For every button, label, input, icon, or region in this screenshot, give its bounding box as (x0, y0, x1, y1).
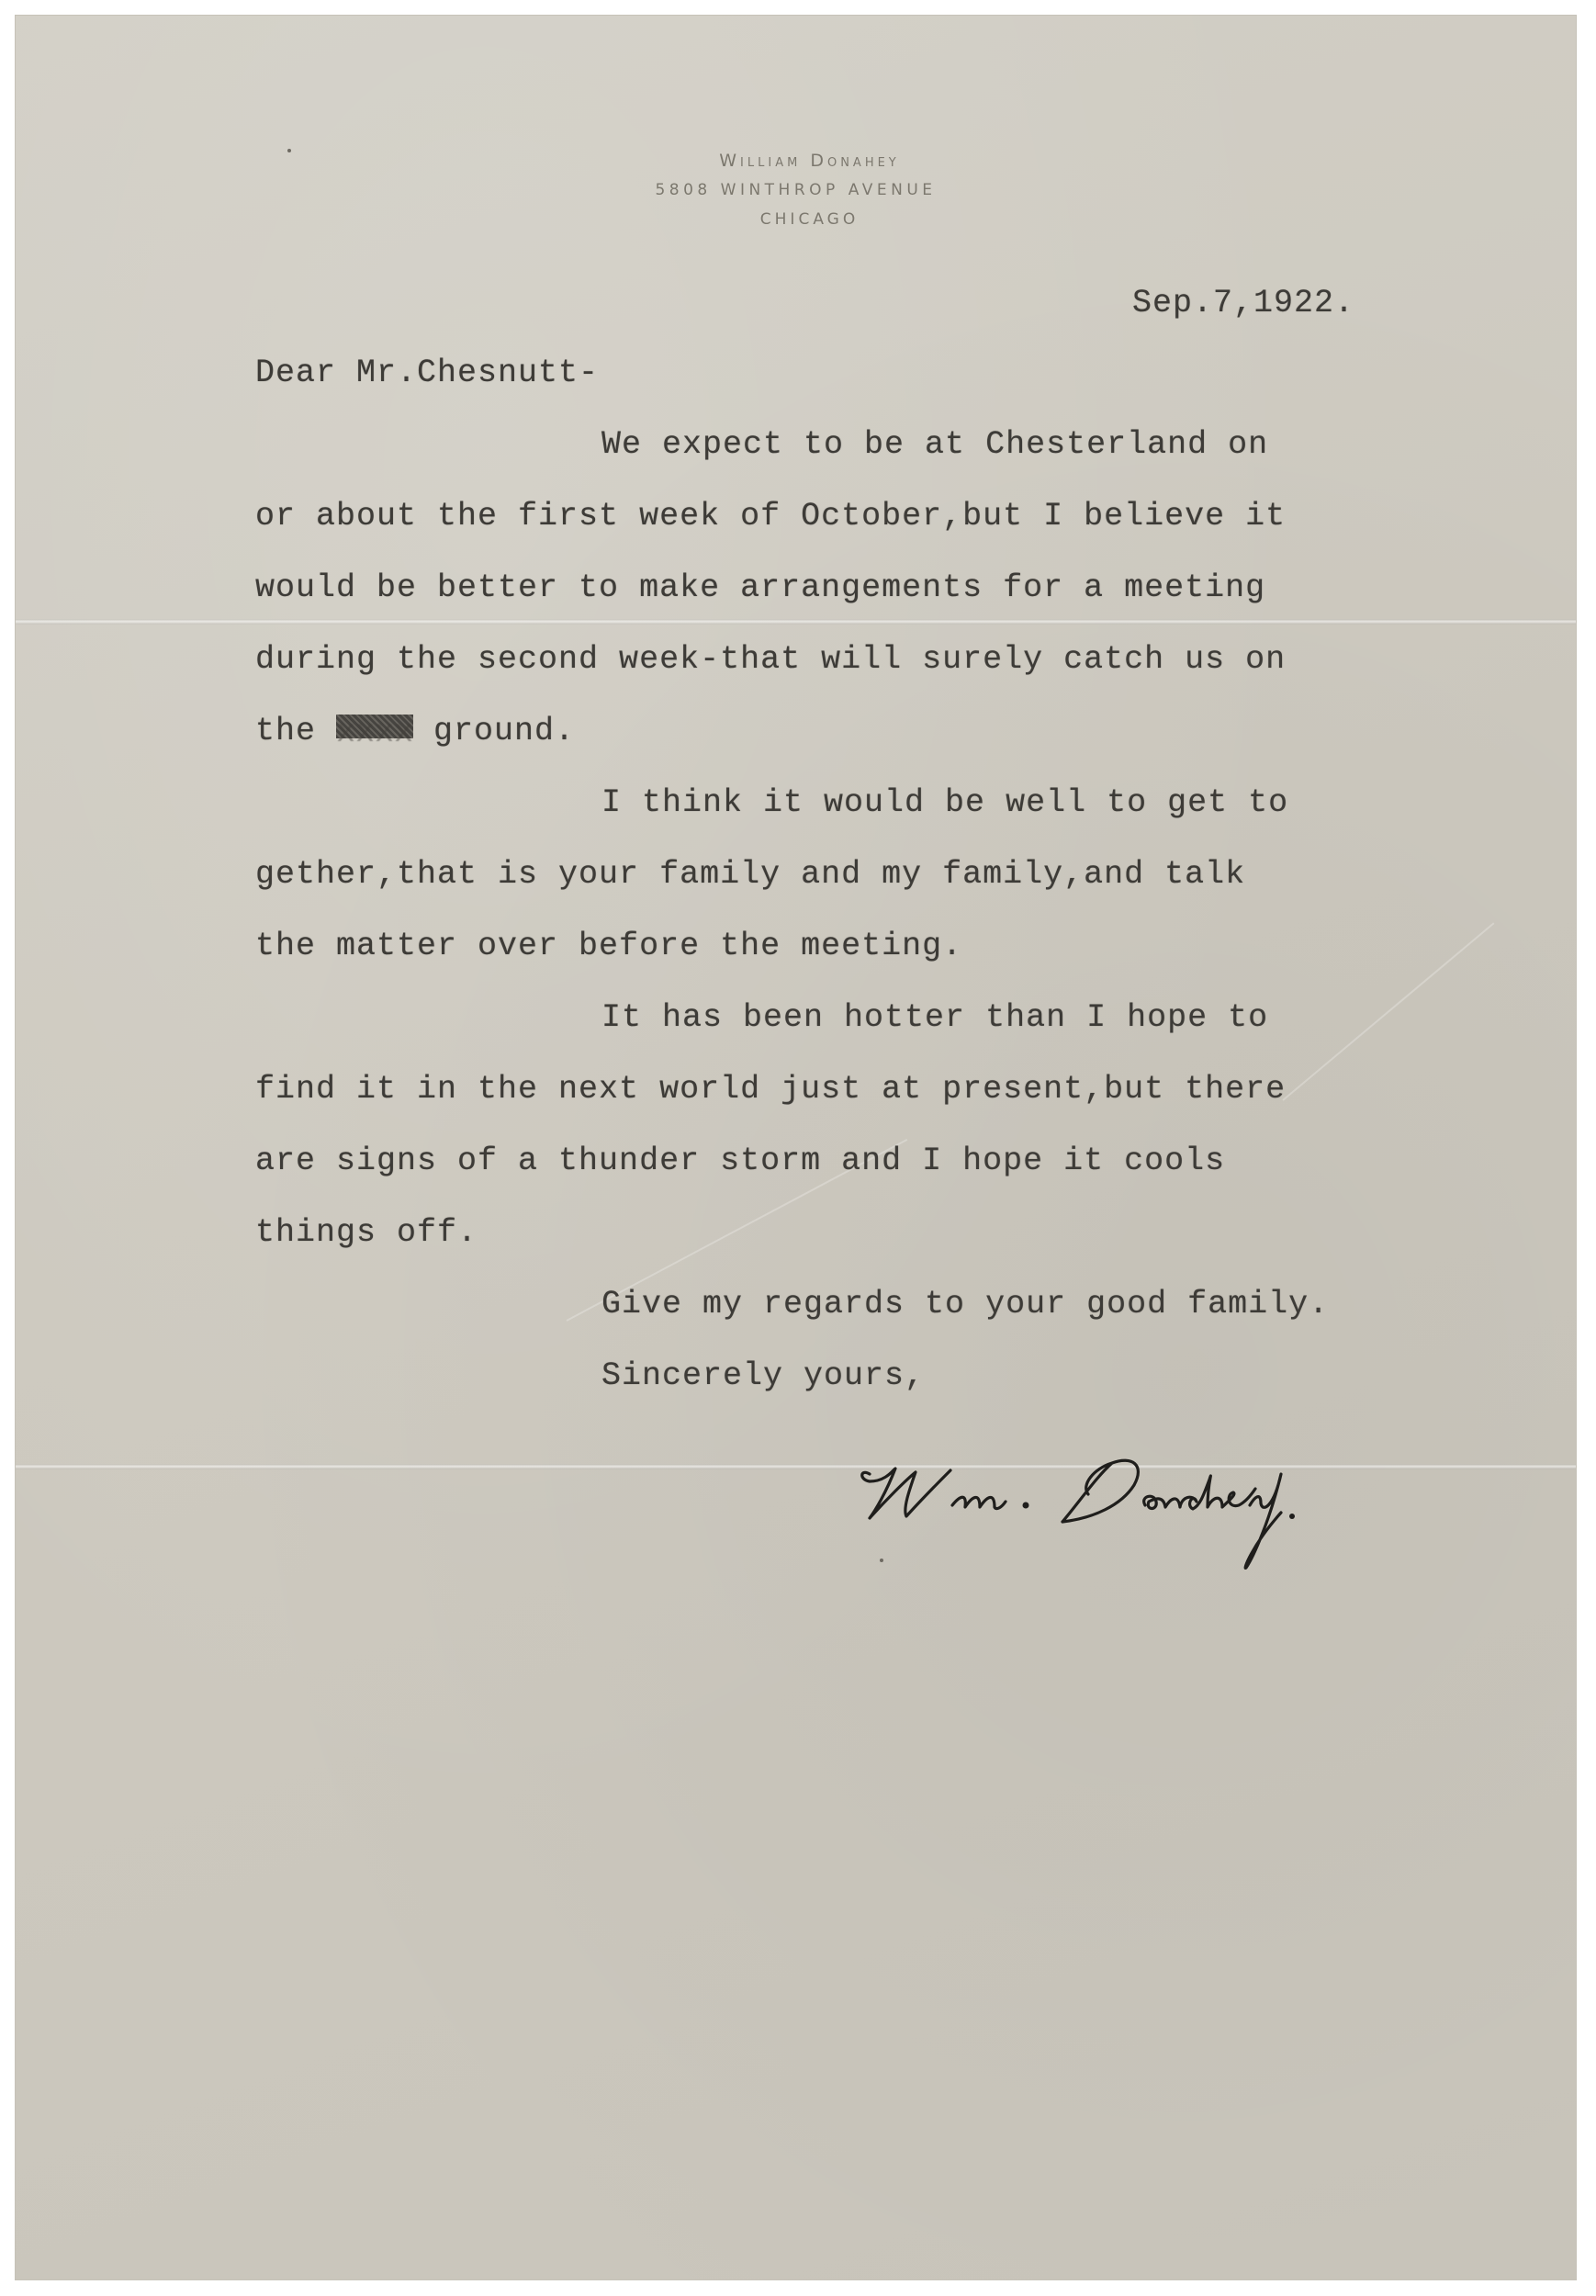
body-line: the matter over before the meeting. (255, 928, 962, 964)
struck-out-word: xxxx (336, 715, 413, 738)
letter-date: Sep.7,1922. (1132, 285, 1354, 321)
body-line: the xxxx ground. (255, 713, 575, 749)
letterhead-address: 5808 WINTHROP AVENUE (16, 175, 1576, 205)
paper-crease (1282, 922, 1494, 1100)
fold-line-upper (16, 619, 1576, 625)
body-line: We expect to be at Chesterland on (601, 426, 1268, 463)
body-line: or about the first week of October,but I… (255, 498, 1286, 535)
body-text: ground. (413, 713, 575, 749)
salutation: Dear Mr.Chesnutt- (255, 355, 599, 391)
letterhead-name: William Donahey (16, 146, 1576, 175)
body-line: find it in the next world just at presen… (255, 1071, 1286, 1108)
letterhead-city: CHICAGO (16, 205, 1576, 234)
body-line: during the second week-that will surely … (255, 641, 1286, 678)
letterhead: William Donahey 5808 WINTHROP AVENUE CHI… (16, 146, 1576, 234)
body-line: gether,that is your family and my family… (255, 856, 1245, 893)
handwritten-signature: Wm. Donahey. (822, 1428, 1410, 1575)
body-line: It has been hotter than I hope to (601, 999, 1268, 1036)
body-line: would be better to make arrangements for… (255, 569, 1265, 606)
body-text: the (255, 713, 336, 749)
body-line: I think it would be well to get to (601, 784, 1288, 821)
body-line: are signs of a thunder storm and I hope … (255, 1142, 1225, 1179)
body-line: things off. (255, 1214, 478, 1251)
closing-regards: Give my regards to your good family. (601, 1286, 1329, 1322)
closing-valediction: Sincerely yours, (601, 1357, 925, 1394)
